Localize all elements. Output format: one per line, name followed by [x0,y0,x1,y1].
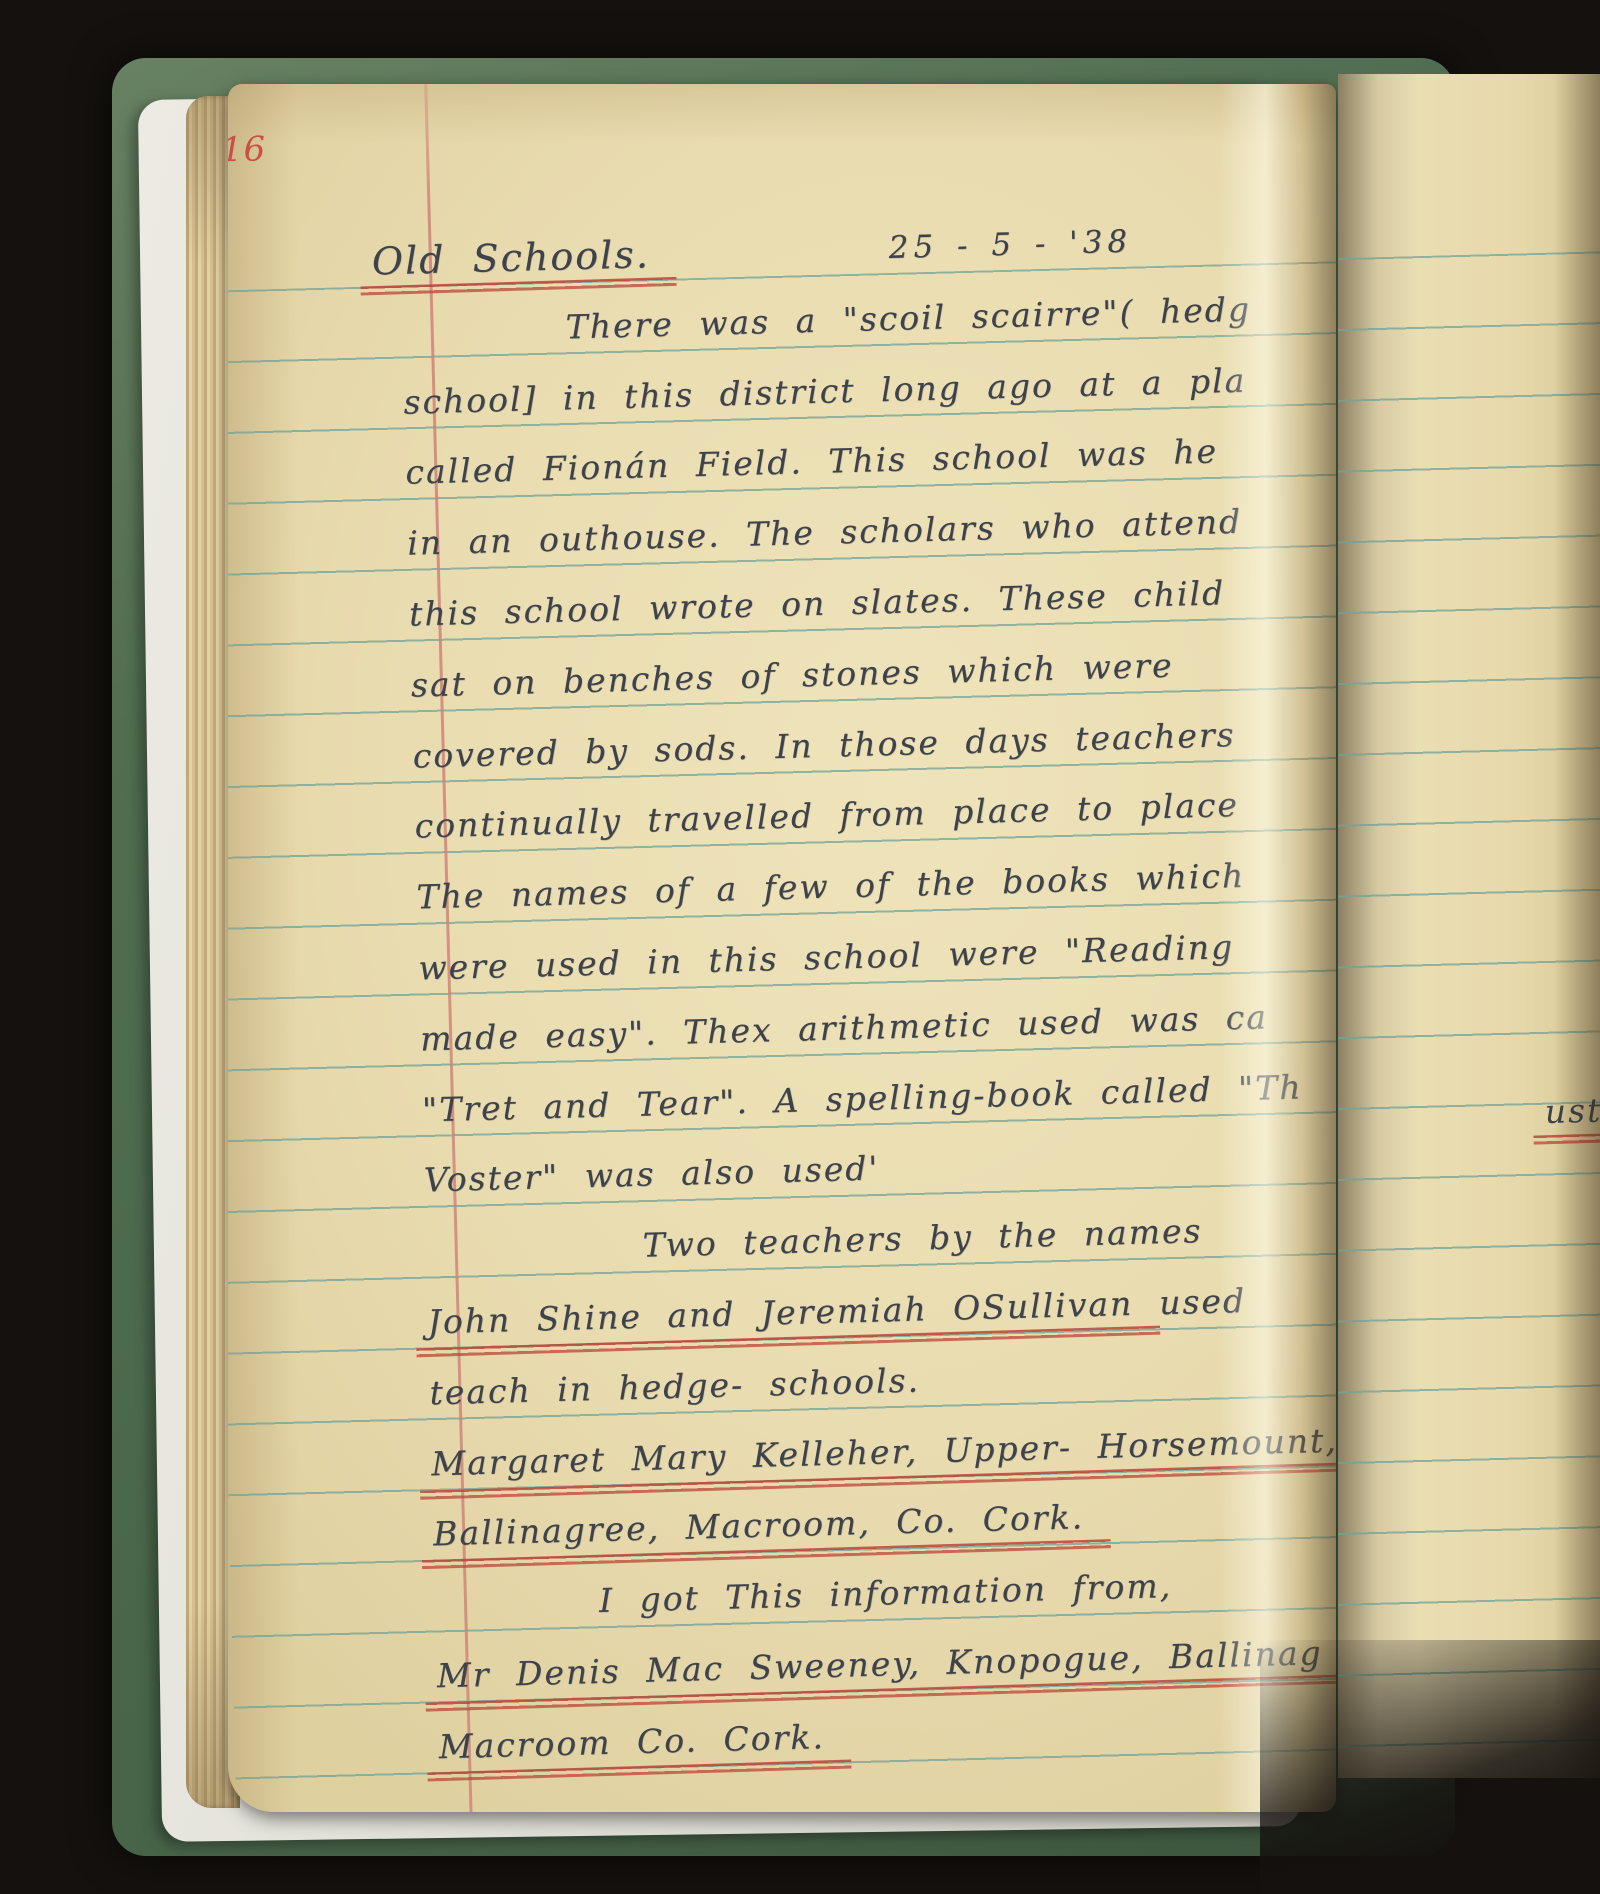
handwritten-line: Macroom Co. Cork. [438,1707,852,1780]
page-number: 16 [228,129,267,170]
entry-title-line: Old Schools. 25 - 5 - '38 [371,225,677,295]
line-text-tail: used [1158,1272,1246,1332]
underlined-text: Macroom Co. Cork. [426,1707,852,1782]
next-page-edge-shadow [1554,74,1600,1778]
handwritten-line: teach in hedge- schools. [429,1351,921,1426]
entry-date: 25 - 5 - '38 [888,213,1133,277]
handwritten-line: Voster" was also used' [423,1140,880,1214]
page-content: 16 Old Schools. 25 - 5 - '38 There was a… [228,84,1336,1812]
photograph-of-notebook: { "colors": { "background": "#14110e", "… [0,0,1600,1894]
line-text: teach in hedge- schools. [429,1351,921,1422]
line-text: Voster" was also used' [423,1140,880,1210]
next-page-sliver: usto [1338,74,1600,1778]
entry-title: Old Schools. [359,225,677,297]
notebook-page: 16 Old Schools. 25 - 5 - '38 There was a… [228,84,1336,1812]
photo-shadow [1260,1640,1600,1894]
